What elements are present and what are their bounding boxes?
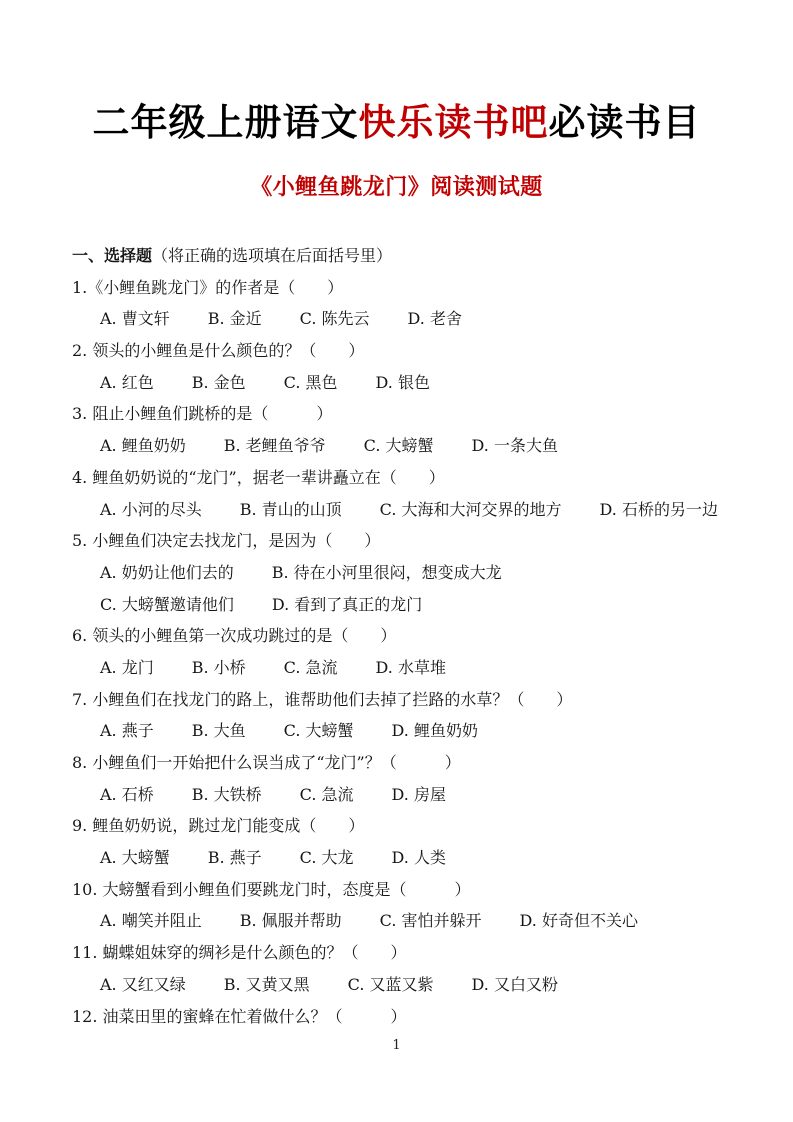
page-number: 1 — [0, 1038, 793, 1053]
question-9-options: A. 大螃蟹B. 燕子C. 大龙D. 人类 — [72, 842, 742, 874]
title-highlight: 快乐读书吧 — [359, 102, 549, 143]
question-4: 4. 鲤鱼奶奶说的“龙门”，据老一辈讲矗立在（ ） A. 小河的尽头B. 青山的… — [72, 462, 742, 525]
question-11-text: 11. 蝴蝶姐妹穿的绸衫是什么颜色的？（ ） — [72, 937, 742, 969]
option-d: D. 银色 — [376, 373, 430, 392]
question-7: 7. 小鲤鱼们在找龙门的路上，谁帮助他们去掉了拦路的水草？（ ） A. 燕子B.… — [72, 684, 742, 747]
option-c: C. 大螃蟹 — [364, 436, 434, 455]
title-suffix: 必读书目 — [549, 102, 701, 143]
question-8: 8. 小鲤鱼们一开始把什么误当成了“龙门”？（ ） A. 石桥B. 大铁桥C. … — [72, 747, 742, 810]
section-heading: 一、选择题（将正确的选项填在后面括号里） — [72, 240, 742, 272]
question-8-text: 8. 小鲤鱼们一开始把什么误当成了“龙门”？（ ） — [72, 747, 742, 779]
option-d: D. 石桥的另一边 — [600, 500, 718, 519]
option-a: A. 鲤鱼奶奶 — [100, 436, 186, 455]
option-a: A. 小河的尽头 — [100, 500, 202, 519]
question-1: 1.《小鲤鱼跳龙门》的作者是（ ） A. 曹文轩B. 金近C. 陈先云D. 老舍 — [72, 272, 742, 335]
option-c: C. 害怕并躲开 — [380, 911, 482, 930]
question-6-options: A. 龙门B. 小桥C. 急流D. 水草堆 — [72, 652, 742, 684]
question-10-options: A. 嘲笑并阻止B. 佩服并帮助C. 害怕并躲开D. 好奇但不关心 — [72, 905, 742, 937]
question-list: 一、选择题（将正确的选项填在后面括号里） 1.《小鲤鱼跳龙门》的作者是（ ） A… — [72, 240, 742, 1032]
option-c: C. 陈先云 — [300, 309, 370, 328]
option-d: D. 鲤鱼奶奶 — [392, 721, 478, 740]
question-11: 11. 蝴蝶姐妹穿的绸衫是什么颜色的？（ ） A. 又红又绿B. 又黄又黑C. … — [72, 937, 742, 1000]
page-title: 二年级上册语文快乐读书吧必读书目 — [0, 92, 793, 146]
question-2-options: A. 红色B. 金色C. 黑色D. 银色 — [72, 367, 742, 399]
section-heading-label: 一、选择题 — [72, 246, 152, 265]
option-b: B. 大鱼 — [192, 721, 246, 740]
question-2: 2. 领头的小鲤鱼是什么颜色的？（ ） A. 红色B. 金色C. 黑色D. 银色 — [72, 335, 742, 398]
question-6-text: 6. 领头的小鲤鱼第一次成功跳过的是（ ） — [72, 620, 742, 652]
question-1-text: 1.《小鲤鱼跳龙门》的作者是（ ） — [72, 272, 742, 304]
option-b: B. 大铁桥 — [192, 785, 262, 804]
option-d: D. 看到了真正的龙门 — [272, 595, 422, 614]
option-d: D. 老舍 — [408, 309, 462, 328]
section-heading-note: （将正确的选项填在后面括号里） — [152, 246, 392, 265]
question-12: 12. 油菜田里的蜜蜂在忙着做什么？（ ） — [72, 1001, 742, 1033]
option-a: A. 石桥 — [100, 785, 154, 804]
question-5-text: 5. 小鲤鱼们决定去找龙门，是因为（ ） — [72, 525, 742, 557]
question-7-text: 7. 小鲤鱼们在找龙门的路上，谁帮助他们去掉了拦路的水草？（ ） — [72, 684, 742, 716]
option-b: B. 燕子 — [208, 848, 262, 867]
option-d: D. 好奇但不关心 — [520, 911, 638, 930]
question-4-options: A. 小河的尽头B. 青山的山顶C. 大海和大河交界的地方D. 石桥的另一边 — [72, 494, 742, 526]
option-b: B. 又黄又黑 — [224, 975, 310, 994]
option-a: A. 燕子 — [100, 721, 154, 740]
question-10-text: 10. 大螃蟹看到小鲤鱼们要跳龙门时，态度是（ ） — [72, 874, 742, 906]
option-c: C. 急流 — [300, 785, 354, 804]
question-8-options: A. 石桥B. 大铁桥C. 急流D. 房屋 — [72, 779, 742, 811]
question-7-options: A. 燕子B. 大鱼C. 大螃蟹D. 鲤鱼奶奶 — [72, 715, 742, 747]
option-b: B. 待在小河里很闷，想变成大龙 — [272, 563, 502, 582]
question-5: 5. 小鲤鱼们决定去找龙门，是因为（ ） A. 奶奶让他们去的B. 待在小河里很… — [72, 525, 742, 620]
question-6: 6. 领头的小鲤鱼第一次成功跳过的是（ ） A. 龙门B. 小桥C. 急流D. … — [72, 620, 742, 683]
question-5-options-line-2: C. 大螃蟹邀请他们D. 看到了真正的龙门 — [72, 589, 742, 621]
question-3-options: A. 鲤鱼奶奶B. 老鲤鱼爷爷C. 大螃蟹D. 一条大鱼 — [72, 430, 742, 462]
option-a: A. 红色 — [100, 373, 154, 392]
option-c: C. 大螃蟹邀请他们 — [100, 595, 234, 614]
option-a: A. 曹文轩 — [100, 309, 170, 328]
question-1-options: A. 曹文轩B. 金近C. 陈先云D. 老舍 — [72, 303, 742, 335]
page-subtitle: 《小鲤鱼跳龙门》阅读测试题 — [0, 170, 793, 201]
question-3-text: 3. 阻止小鲤鱼们跳桥的是（ ） — [72, 398, 742, 430]
option-a: A. 嘲笑并阻止 — [100, 911, 202, 930]
option-c: C. 急流 — [284, 658, 338, 677]
option-a: A. 奶奶让他们去的 — [100, 563, 234, 582]
question-9: 9. 鲤鱼奶奶说，跳过龙门能变成（ ） A. 大螃蟹B. 燕子C. 大龙D. 人… — [72, 810, 742, 873]
option-b: B. 青山的山顶 — [240, 500, 342, 519]
option-d: D. 又白又粉 — [472, 975, 558, 994]
option-c: C. 大海和大河交界的地方 — [380, 500, 562, 519]
option-d: D. 一条大鱼 — [472, 436, 558, 455]
option-a: A. 又红又绿 — [100, 975, 186, 994]
option-b: B. 佩服并帮助 — [240, 911, 342, 930]
question-2-text: 2. 领头的小鲤鱼是什么颜色的？（ ） — [72, 335, 742, 367]
option-c: C. 又蓝又紫 — [348, 975, 434, 994]
question-12-text: 12. 油菜田里的蜜蜂在忙着做什么？（ ） — [72, 1001, 742, 1033]
question-9-text: 9. 鲤鱼奶奶说，跳过龙门能变成（ ） — [72, 810, 742, 842]
question-5-options-line-1: A. 奶奶让他们去的B. 待在小河里很闷，想变成大龙 — [72, 557, 742, 589]
question-10: 10. 大螃蟹看到小鲤鱼们要跳龙门时，态度是（ ） A. 嘲笑并阻止B. 佩服并… — [72, 874, 742, 937]
option-b: B. 老鲤鱼爷爷 — [224, 436, 326, 455]
option-c: C. 大螃蟹 — [284, 721, 354, 740]
option-a: A. 大螃蟹 — [100, 848, 170, 867]
option-c: C. 大龙 — [300, 848, 354, 867]
question-4-text: 4. 鲤鱼奶奶说的“龙门”，据老一辈讲矗立在（ ） — [72, 462, 742, 494]
option-b: B. 金近 — [208, 309, 262, 328]
question-11-options: A. 又红又绿B. 又黄又黑C. 又蓝又紫D. 又白又粉 — [72, 969, 742, 1001]
option-d: D. 水草堆 — [376, 658, 446, 677]
title-prefix: 二年级上册语文 — [93, 102, 359, 143]
option-b: B. 金色 — [192, 373, 246, 392]
option-a: A. 龙门 — [100, 658, 154, 677]
document-page: 二年级上册语文快乐读书吧必读书目 《小鲤鱼跳龙门》阅读测试题 一、选择题（将正确… — [0, 0, 793, 1122]
option-c: C. 黑色 — [284, 373, 338, 392]
option-d: D. 房屋 — [392, 785, 446, 804]
option-b: B. 小桥 — [192, 658, 246, 677]
question-3: 3. 阻止小鲤鱼们跳桥的是（ ） A. 鲤鱼奶奶B. 老鲤鱼爷爷C. 大螃蟹D.… — [72, 398, 742, 461]
option-d: D. 人类 — [392, 848, 446, 867]
